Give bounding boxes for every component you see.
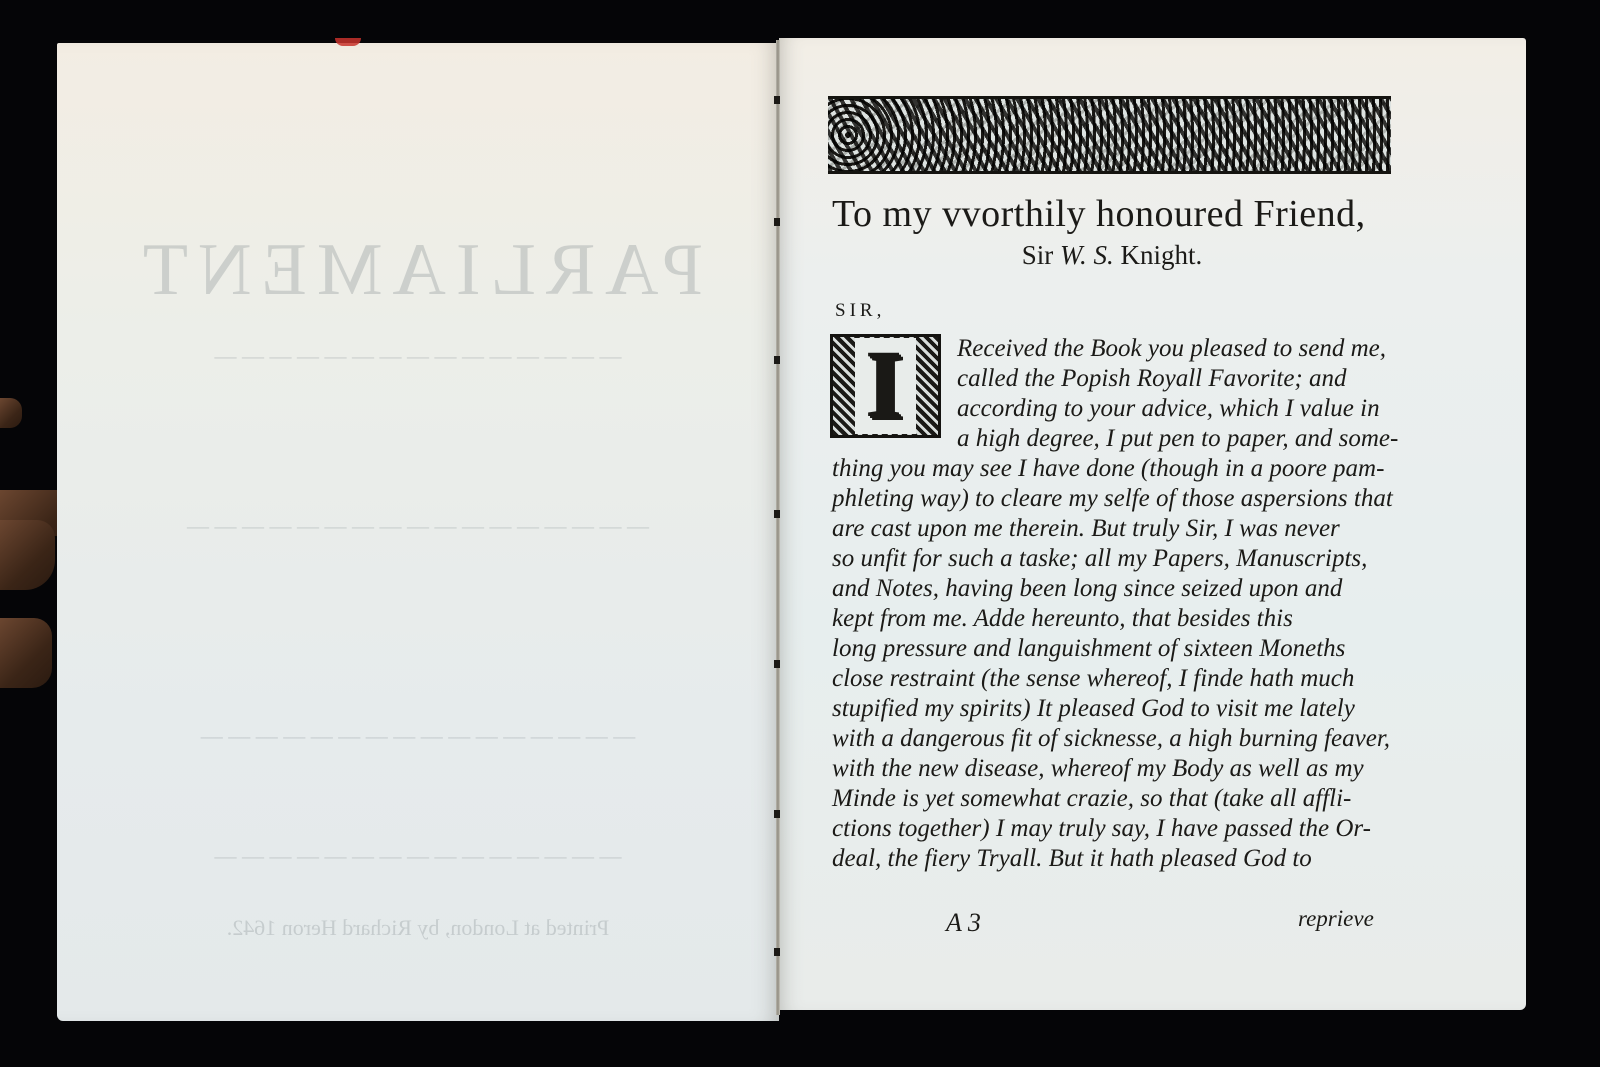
addressee: Sir W. S. Knight. — [832, 240, 1392, 271]
body-line: thing you may see I have done (though in… — [832, 454, 1384, 484]
drop-cap-letter: I — [855, 338, 916, 434]
body-line: a high degree, I put pen to paper, and s… — [957, 424, 1398, 454]
body-line: Minde is yet somewhat crazie, so that (t… — [832, 784, 1351, 814]
clasp-upper — [0, 398, 22, 428]
body-line: ctions together) I may truly say, I have… — [832, 814, 1371, 844]
ornamental-headpiece — [828, 96, 1391, 174]
binding-stitch — [774, 948, 780, 956]
book-gutter — [776, 40, 780, 1015]
binding-stitch — [774, 660, 780, 668]
catchword: reprieve — [1298, 906, 1374, 932]
body-line: deal, the fiery Tryall. But it hath plea… — [832, 844, 1312, 874]
show-through-line: — — — — — — — — — — — — — — — — — [57, 723, 779, 749]
binding-stitch — [774, 356, 780, 364]
body-line: called the Popish Royall Favorite; and — [957, 364, 1347, 394]
body-line: stupified my spirits) It pleased God to … — [832, 694, 1355, 724]
show-through-title: PARLIAMENT — [57, 228, 779, 313]
binding-stitch — [774, 218, 780, 226]
left-page: PARLIAMENT — — — — — — — — — — — — — — —… — [57, 43, 779, 1021]
clasp-main-lower — [0, 520, 55, 590]
addressee-suffix: Knight. — [1114, 240, 1203, 270]
body-line: with the new disease, whereof my Body as… — [832, 754, 1364, 784]
body-line: according to your advice, which I value … — [957, 394, 1380, 424]
show-through-line: — — — — — — — — — — — — — — — — [57, 843, 779, 869]
salutation: SIR, — [835, 300, 885, 322]
body-line: close restraint (the sense whereof, I fi… — [832, 664, 1354, 694]
show-through-line: — — — — — — — — — — — — — — — — — — [57, 513, 779, 539]
decorated-drop-cap: I — [830, 334, 941, 438]
body-line: long pressure and languishment of sixtee… — [832, 634, 1345, 664]
show-through-line: — — — — — — — — — — — — — — — — [57, 343, 779, 369]
body-line: so unfit for such a taske; all my Papers… — [832, 544, 1367, 574]
binding-stitch — [774, 510, 780, 518]
addressee-initials: W. S. — [1060, 240, 1114, 270]
body-line: and Notes, having been long since seized… — [832, 574, 1342, 604]
body-line: phleting way) to cleare my selfe of thos… — [832, 484, 1393, 514]
signature-mark: A 3 — [946, 908, 981, 938]
body-line: Received the Book you pleased to send me… — [957, 334, 1386, 364]
page-title: To my vvorthily honoured Friend, — [832, 192, 1392, 236]
binding-stitch — [774, 810, 780, 818]
body-line: kept from me. Adde hereunto, that beside… — [832, 604, 1293, 634]
body-line: with a dangerous fit of sicknesse, a hig… — [832, 724, 1390, 754]
clasp-lower — [0, 618, 52, 688]
show-through-imprint: Printed at London, by Richard Heron 1642… — [57, 915, 779, 941]
binding-stitch — [774, 96, 780, 104]
addressee-prefix: Sir — [1022, 240, 1060, 270]
red-edge-mark — [335, 38, 361, 46]
body-line: are cast upon me therein. But truly Sir,… — [832, 514, 1340, 544]
